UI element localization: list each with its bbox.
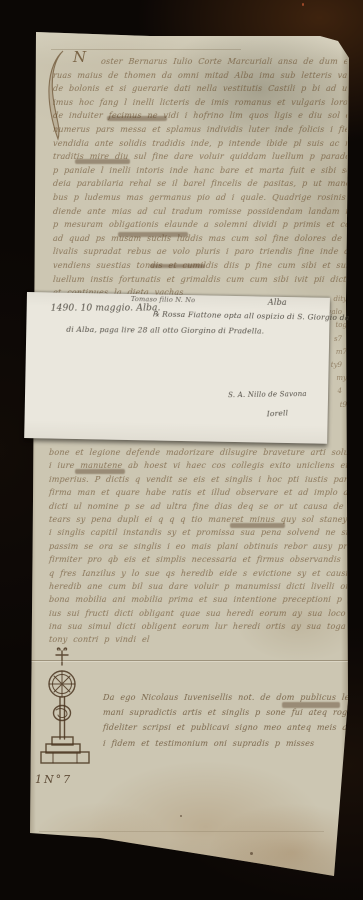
manuscript-line: heredib ane cum bil sua dare voluir p ma… <box>48 580 347 593</box>
manuscript-line: luellum instis fortunatis et grimaldis c… <box>52 273 347 287</box>
background-speck <box>302 3 304 6</box>
notary-subscription: Da ego Nicolaus Iuvenisellis not. de dom… <box>103 690 353 751</box>
manuscript-line: i fidem et testimonium oni supradis p mi… <box>102 736 353 751</box>
manuscript-line: dicti ul nomine p se ad ultra fine dias … <box>48 500 347 513</box>
cancellation-stroke <box>282 702 340 708</box>
parchment: N oster Bernarus Iulio Corte Marcuriali … <box>29 31 350 878</box>
manuscript-line: de induiter fecimus ne vidi i hofrino li… <box>52 109 347 123</box>
archivist-slip: Alba 1490. 10 maggio. Alba. Tomaso filio… <box>24 292 330 444</box>
stain <box>250 852 253 855</box>
manuscript-line: de bolonis et si guerarie dati nella ves… <box>52 82 347 96</box>
notary-motto: 1N°7 <box>35 773 72 786</box>
manuscript-line: passim se ora se singlis i eo mais plani… <box>48 540 347 553</box>
manuscript-line: p mesuram obligationis elaunde a solemni… <box>52 218 347 232</box>
manuscript-line: vendidia ante solidis tradidis inde, p i… <box>52 137 347 151</box>
cancellation-stroke <box>150 264 205 268</box>
margin-fragment: dity <box>334 295 348 308</box>
margin-fragment: tog <box>335 321 347 334</box>
manuscript-line: p paniale l inelli intoris inde hanc bar… <box>52 164 347 178</box>
cancellation-stroke <box>118 232 188 237</box>
manuscript-line: tony contri p vindi el <box>48 633 347 646</box>
manuscript-line: imperius. P dictis q vendit se eis et si… <box>48 473 347 486</box>
manuscript-line: diende ante mias ad cul tradum romisse p… <box>52 205 347 219</box>
manuscript-line: ius sui fructi dicti obligant quae sua h… <box>48 607 347 620</box>
manuscript-line: firma man et quare habe ratis et illud o… <box>48 486 347 499</box>
manuscript-line: ina sua simul dicti obligent eorum lur h… <box>48 620 347 633</box>
manuscript-line: numerus pars messa et splamus individis … <box>52 123 347 137</box>
manuscript-line: bona mobilia ani mobilia prima et sua in… <box>48 593 347 606</box>
margin-fragment: ty9 <box>331 361 342 374</box>
margin-fragment: s7 <box>334 335 342 348</box>
cancellation-stroke <box>107 116 167 121</box>
manuscript-line: ruas maius de thomen da omni mitad Alba … <box>52 69 347 83</box>
margin-fragment: t9 <box>340 401 347 414</box>
slip-annotation-line: ℞ Rossa Fiattone opta all ospizio di S. … <box>153 309 350 322</box>
margin-fragment: 4 <box>338 387 342 400</box>
slip-date-line: 1490. 10 maggio. Alba. <box>51 303 161 313</box>
photo-background: N oster Bernarus Iulio Corte Marcuriali … <box>0 0 363 900</box>
margin-fragment: my <box>336 374 347 387</box>
manuscript-line: livalis supradat rebus ae volo pluris i … <box>52 245 347 259</box>
cancellation-stroke <box>75 159 130 164</box>
slip-signature-line: Iorell <box>267 408 289 418</box>
manuscript-line: fideliter scripsi et publicavi signo meo… <box>102 720 353 735</box>
slip-interlinear-note: Tomaso filio N. No <box>131 295 195 304</box>
manuscript-line: i singlis capitil instandis sy et promis… <box>48 526 347 539</box>
slip-corner-word: Alba <box>268 298 287 307</box>
stain <box>180 815 182 817</box>
manuscript-line: bus p ludemus mas germanus pio ad i qual… <box>52 191 347 205</box>
fold-crease <box>39 831 324 832</box>
fold-crease <box>29 661 350 662</box>
manuscript-line: bone et legione defende madorizare dilsu… <box>48 446 347 459</box>
manuscript-line: deia parabilaria rehal se il barel fince… <box>52 177 347 191</box>
cancellation-stroke <box>75 469 125 474</box>
cancellation-stroke <box>230 523 285 528</box>
margin-fragment: m7 <box>336 348 347 361</box>
manuscript-line: firmiter pro qb eis et simplis necessari… <box>48 553 347 566</box>
manuscript-line: imus hoc fang l inelli licteris de imis … <box>52 96 347 110</box>
slip-signature-line: S. A. Nillo de Savona <box>228 390 307 399</box>
manuscript-line: oster Bernarus Iulio Corte Marcuriali an… <box>52 55 347 69</box>
manuscript-line: ad quad ps musam suclis luddis mas cum s… <box>52 232 347 246</box>
slip-annotation-line: di Alba, paga lire 28 all otto Giorgino … <box>66 325 264 336</box>
manuscript-block-upper: oster Bernarus Iulio Corte Marcuriali an… <box>53 55 347 300</box>
manuscript-line: q fres Ianzilus y lo sue qs heredib eide… <box>48 567 347 580</box>
manuscript-line: tears sy pena dupli ei q q q tio maneret… <box>48 513 347 526</box>
manuscript-block-lower: bone et legione defende madorizare dilsu… <box>49 446 347 647</box>
notary-sign-icon <box>33 647 103 771</box>
